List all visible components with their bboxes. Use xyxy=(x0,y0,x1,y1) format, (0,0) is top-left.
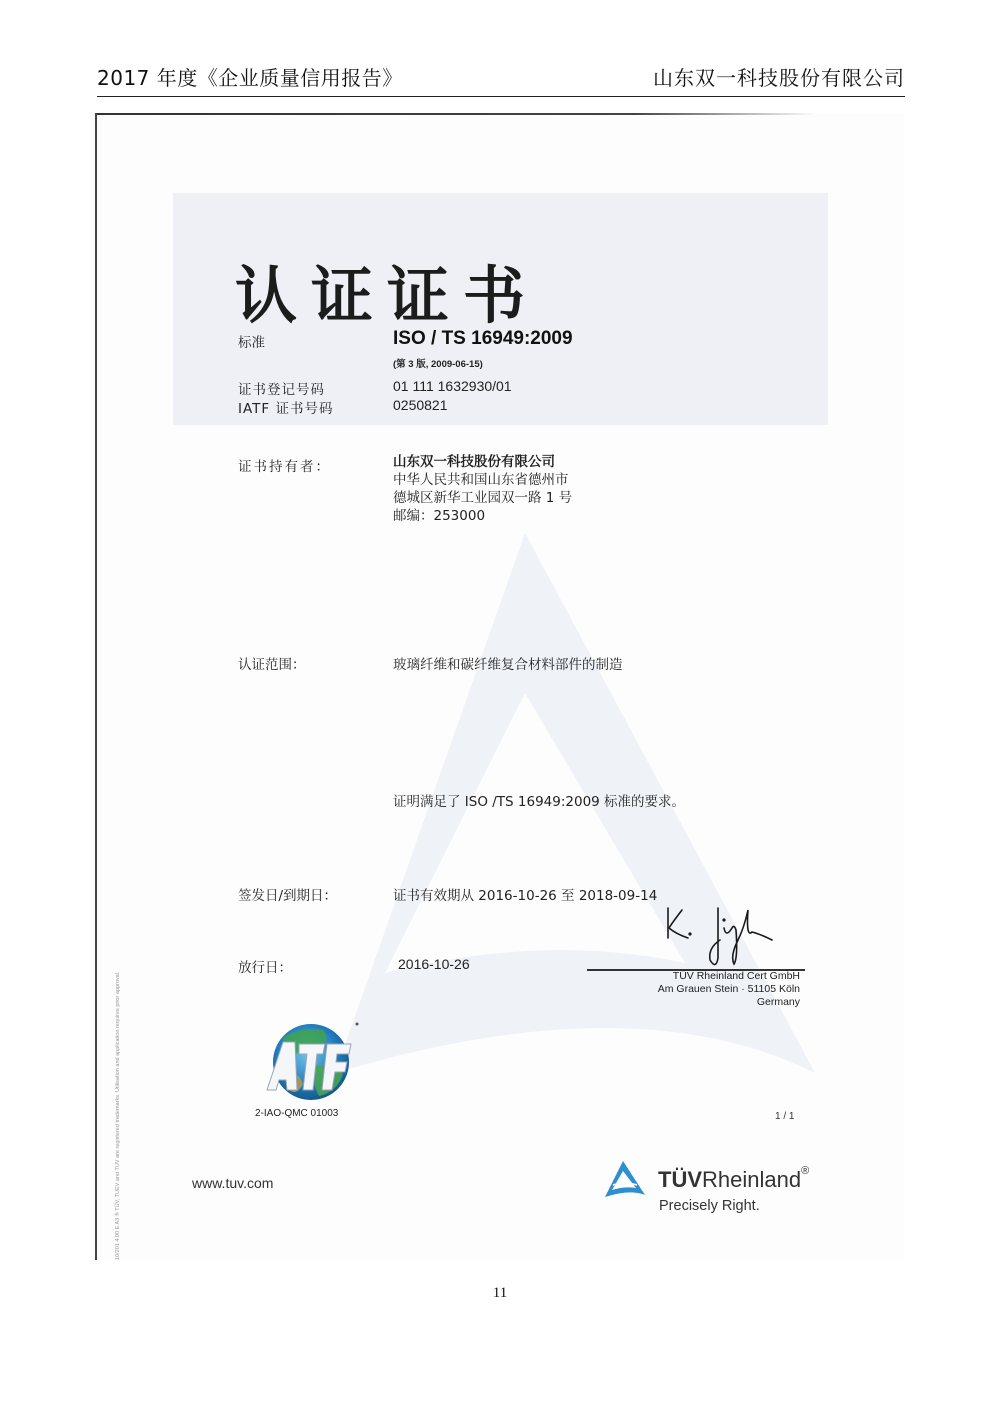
report-title: 2017 年度《企业质量信用报告》 xyxy=(97,62,403,91)
trademark-side-note: 10/201 4.00 E A3 ® TÜV, TUEV and TUV are… xyxy=(115,920,125,1260)
website-link[interactable]: www.tuv.com xyxy=(192,1175,273,1191)
holder-address-line1: 中华人民共和国山东省德州市 xyxy=(393,471,572,489)
tuv-triangle-logo-icon xyxy=(601,1159,647,1199)
report-header: 2017 年度《企业质量信用报告》 山东双一科技股份有限公司 xyxy=(97,62,905,97)
brand-bold: TÜV xyxy=(658,1167,702,1192)
holder-block: 山东双一科技股份有限公司 中华人民共和国山东省德州市 德城区新华工业园双一路 1… xyxy=(393,453,572,525)
validity-value: 证书有效期从 2016-10-26 至 2018-09-14 xyxy=(393,884,657,904)
standard-label: 标准 xyxy=(238,331,265,351)
certificate-scan: 认证证书 标准 ISO / TS 16949:2009 (第 3 版, 2009… xyxy=(95,113,905,1260)
issuer-address: Am Grauen Stein · 51105 Köln xyxy=(658,983,800,996)
holder-label: 证书持有者： xyxy=(238,455,331,475)
registered-mark: ® xyxy=(801,1165,809,1177)
iatf-globe-logo-icon xyxy=(253,1018,365,1103)
iatf-no-value: 0250821 xyxy=(393,397,448,413)
frame-border-top xyxy=(95,113,815,115)
issue-date-value: 2016-10-26 xyxy=(398,956,470,972)
frame-border-left xyxy=(95,113,97,1260)
handwritten-signature xyxy=(660,898,780,973)
scope-value: 玻璃纤维和碳纤维复合材料部件的制造 xyxy=(393,653,623,673)
issuer-block: TÜV Rheinland Cert GmbH Am Grauen Stein … xyxy=(658,970,800,1009)
registration-no-value: 01 111 1632930/01 xyxy=(393,378,512,394)
page-count: 1 / 1 xyxy=(775,1111,794,1122)
tuv-tagline: Precisely Right. xyxy=(659,1198,760,1214)
issuer-name: TÜV Rheinland Cert GmbH xyxy=(658,970,800,983)
iatf-no-label: IATF 证书号码 xyxy=(238,397,333,417)
standard-edition: (第 3 版, 2009-06-15) xyxy=(393,356,483,370)
conformity-statement: 证明满足了 ISO /TS 16949:2009 标准的要求。 xyxy=(393,790,685,810)
issue-date-label: 放行日： xyxy=(238,956,292,976)
holder-name: 山东双一科技股份有限公司 xyxy=(393,453,572,471)
certificate-title: 认证证书 xyxy=(235,246,539,335)
issuer-country: Germany xyxy=(658,996,800,1009)
page-number: 11 xyxy=(0,1285,1000,1302)
holder-address-line2: 德城区新华工业园双一路 1 号 xyxy=(393,489,572,507)
scope-label: 认证范围： xyxy=(238,653,306,673)
tuv-brand: TÜVRheinland® xyxy=(658,1167,809,1193)
validity-label: 签发日/到期日： xyxy=(238,884,337,904)
company-name: 山东双一科技股份有限公司 xyxy=(653,62,905,91)
brand-rest: Rheinland xyxy=(702,1167,801,1192)
iatf-code: 2-IAO-QMC 01003 xyxy=(255,1108,338,1119)
standard-value: ISO / TS 16949:2009 xyxy=(393,328,573,350)
registration-no-label: 证书登记号码 xyxy=(238,378,325,398)
holder-postcode: 邮编：253000 xyxy=(393,507,572,525)
